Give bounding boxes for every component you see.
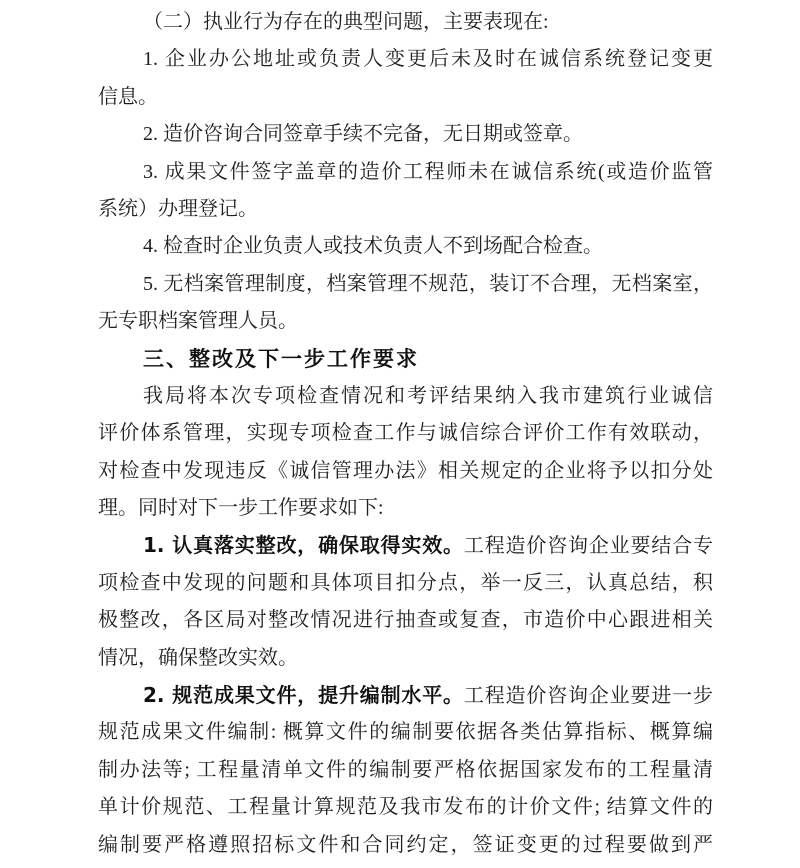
bold-lead-text: 三、整改及下一步工作要求 bbox=[143, 347, 419, 371]
text-line: 编制要严格遵照招标文件和合同约定，签证变更的过程要做到严 bbox=[98, 827, 713, 864]
text-line: 项检查中发现的问题和具体项目扣分点，举一反三，认真总结，积 bbox=[98, 565, 713, 602]
body-text: 规范成果文件编制: 概算文件的编制要依据各类估算指标、概算编 bbox=[98, 721, 713, 743]
text-line: 1. 企业办公地址或负责人变更后未及时在诚信系统登记变更 bbox=[98, 41, 713, 78]
body-text: 3. 成果文件签字盖章的造价工程师未在诚信系统(或造价监管 bbox=[143, 161, 713, 183]
text-line: 我局将本次专项检查情况和考评结果纳入我市建筑行业诚信 bbox=[98, 378, 713, 415]
issue-item-3: 3. 成果文件签字盖章的造价工程师未在诚信系统(或造价监管系统）办理登记。 bbox=[98, 154, 713, 229]
bold-lead-text: 2. 规范成果文件，提升编制水平。 bbox=[143, 683, 464, 707]
text-line: 系统）办理登记。 bbox=[98, 191, 713, 228]
issue-item-5: 5. 无档案管理制度，档案管理不规范，装订不合理，无档案室，无专职档案管理人员。 bbox=[98, 266, 713, 341]
requirement-1: 1. 认真落实整改，确保取得实效。工程造价咨询企业要结合专项检查中发现的问题和具… bbox=[98, 527, 713, 677]
text-line: （二）执业行为存在的典型问题，主要表现在: bbox=[98, 4, 713, 41]
body-text: 项检查中发现的问题和具体项目扣分点，举一反三，认真总结，积 bbox=[98, 572, 713, 594]
text-line: 规范成果文件编制: 概算文件的编制要依据各类估算指标、概算编 bbox=[98, 714, 713, 751]
text-line: 评价体系管理，实现专项检查工作与诚信综合评价工作有效联动， bbox=[98, 415, 713, 452]
text-line: 制办法等; 工程量清单文件的编制要严格依据国家发布的工程量清 bbox=[98, 752, 713, 789]
issue-item-1: 1. 企业办公地址或负责人变更后未及时在诚信系统登记变更信息。 bbox=[98, 41, 713, 116]
issue-item-4: 4. 检查时企业负责人或技术负责人不到场配合检查。 bbox=[98, 228, 713, 265]
text-line: 2. 造价咨询合同签章手续不完备，无日期或签章。 bbox=[98, 116, 713, 153]
body-text: 评价体系管理，实现专项检查工作与诚信综合评价工作有效联动， bbox=[98, 422, 713, 444]
body-text: 编制要严格遵照招标文件和合同约定，签证变更的过程要做到严 bbox=[98, 834, 713, 856]
body-text: 4. 检查时企业负责人或技术负责人不到场配合检查。 bbox=[143, 235, 603, 257]
document-body: （二）执业行为存在的典型问题，主要表现在:1. 企业办公地址或负责人变更后未及时… bbox=[0, 0, 800, 864]
body-text: 情况，确保整改实效。 bbox=[98, 647, 298, 669]
text-line: 单计价规范、工程量计算规范及我市发布的计价文件; 结算文件的 bbox=[98, 789, 713, 826]
text-line: 5. 无档案管理制度，档案管理不规范，装订不合理，无档案室， bbox=[98, 266, 713, 303]
text-line: 情况，确保整改实效。 bbox=[98, 640, 713, 677]
text-line: 理。同时对下一步工作要求如下: bbox=[98, 490, 713, 527]
subsection-2-heading: （二）执业行为存在的典型问题，主要表现在: bbox=[98, 4, 713, 41]
text-line: 信息。 bbox=[98, 79, 713, 116]
text-line: 无专职档案管理人员。 bbox=[98, 303, 713, 340]
body-text: 工程造价咨询企业要进一步 bbox=[464, 685, 713, 707]
text-line: 3. 成果文件签字盖章的造价工程师未在诚信系统(或造价监管 bbox=[98, 154, 713, 191]
text-line: 极整改，各区局对整改情况进行抽查或复查，市造价中心跟进相关 bbox=[98, 602, 713, 639]
section-3-heading: 三、整改及下一步工作要求 bbox=[98, 341, 713, 378]
bold-lead-text: 1. 认真落实整改，确保取得实效。 bbox=[143, 533, 464, 557]
requirement-2: 2. 规范成果文件，提升编制水平。工程造价咨询企业要进一步规范成果文件编制: 概… bbox=[98, 677, 713, 864]
body-text: 单计价规范、工程量计算规范及我市发布的计价文件; 结算文件的 bbox=[98, 796, 713, 818]
body-text: 系统）办理登记。 bbox=[98, 198, 258, 220]
text-line: 三、整改及下一步工作要求 bbox=[98, 341, 713, 378]
body-text: 工程造价咨询企业要结合专 bbox=[464, 535, 713, 557]
section-3-intro: 我局将本次专项检查情况和考评结果纳入我市建筑行业诚信评价体系管理，实现专项检查工… bbox=[98, 378, 713, 528]
body-text: 我局将本次专项检查情况和考评结果纳入我市建筑行业诚信 bbox=[143, 385, 713, 407]
body-text: 对检查中发现违反《诚信管理办法》相关规定的企业将予以扣分处 bbox=[98, 460, 713, 482]
document-page: （二）执业行为存在的典型问题，主要表现在:1. 企业办公地址或负责人变更后未及时… bbox=[0, 0, 800, 868]
text-line: 1. 认真落实整改，确保取得实效。工程造价咨询企业要结合专 bbox=[98, 527, 713, 564]
issue-item-2: 2. 造价咨询合同签章手续不完备，无日期或签章。 bbox=[98, 116, 713, 153]
body-text: 信息。 bbox=[98, 86, 158, 108]
body-text: 1. 企业办公地址或负责人变更后未及时在诚信系统登记变更 bbox=[143, 48, 713, 70]
body-text: 极整改，各区局对整改情况进行抽查或复查，市造价中心跟进相关 bbox=[98, 609, 713, 631]
body-text: 5. 无档案管理制度，档案管理不规范，装订不合理，无档案室， bbox=[143, 273, 713, 295]
body-text: 理。同时对下一步工作要求如下: bbox=[98, 497, 384, 519]
body-text: 制办法等; 工程量清单文件的编制要严格依据国家发布的工程量清 bbox=[98, 759, 713, 781]
body-text: （二）执业行为存在的典型问题，主要表现在: bbox=[143, 11, 549, 33]
body-text: 无专职档案管理人员。 bbox=[98, 310, 298, 332]
body-text: 2. 造价咨询合同签章手续不完备，无日期或签章。 bbox=[143, 123, 583, 145]
text-line: 2. 规范成果文件，提升编制水平。工程造价咨询企业要进一步 bbox=[98, 677, 713, 714]
text-line: 4. 检查时企业负责人或技术负责人不到场配合检查。 bbox=[98, 228, 713, 265]
text-line: 对检查中发现违反《诚信管理办法》相关规定的企业将予以扣分处 bbox=[98, 453, 713, 490]
